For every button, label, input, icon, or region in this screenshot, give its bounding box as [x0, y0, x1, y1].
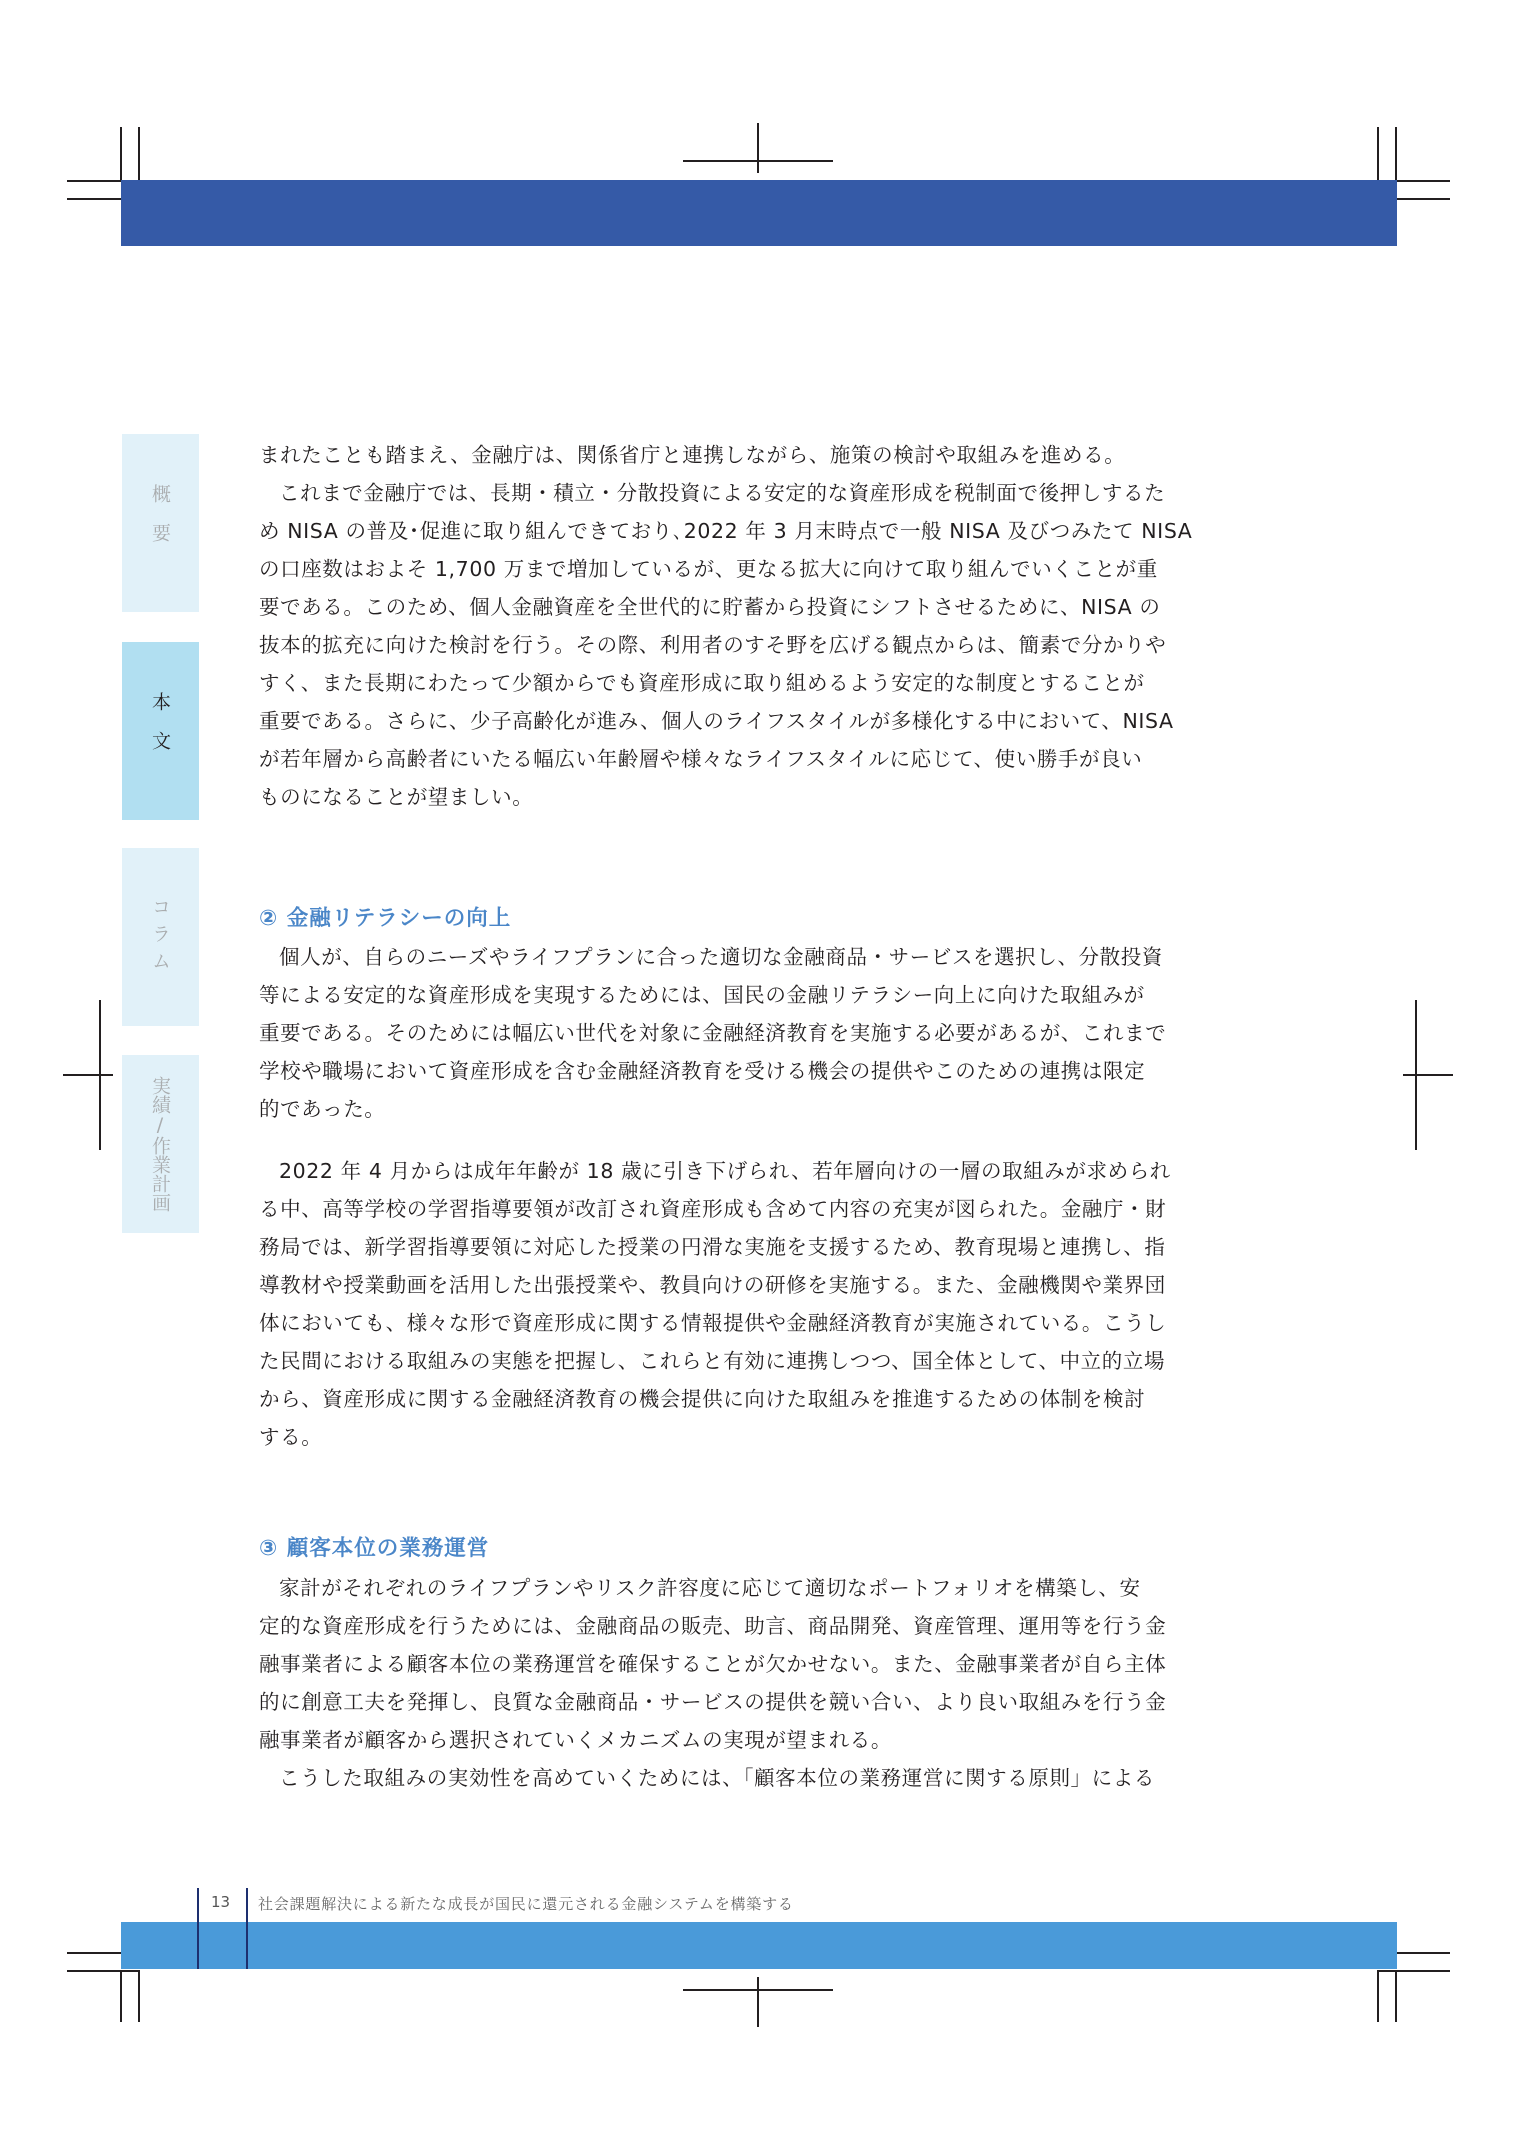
body-line: すく、また長期にわたって少額からでも資産形成に取り組めるよう安定的な制度とするこ… [259, 664, 1145, 702]
side-tab-label: 本文 [147, 692, 174, 770]
body-line: る中、高等学校の学習指導要領が改訂され資産形成も含めて内容の充実が図られた。金融… [259, 1190, 1166, 1228]
body-line: から、資産形成に関する金融経済教育の機会提供に向けた取組みを推進するための体制を… [259, 1380, 1145, 1418]
side-tab-label: 概要 [147, 484, 174, 562]
body-line: 導教材や授業動画を活用した出張授業や、教員向けの研修を実施する。また、金融機関や… [259, 1266, 1166, 1304]
body-line: 体においても、様々な形で資産形成に関する情報提供や金融経済教育が実施されている。… [259, 1304, 1166, 1342]
side-tab-label: 実績/作業計画 [147, 1076, 174, 1212]
footer-title: 社会課題解決による新たな成長が国民に還元される金融システムを構築する [258, 1893, 794, 1914]
body-line: 定的な資産形成を行うためには、金融商品の販売、助言、商品開発、資産管理、運用等を… [259, 1607, 1166, 1645]
body-line: 的であった。 [259, 1090, 385, 1128]
body-line: する。 [259, 1418, 322, 1456]
body-line: め NISA の普及･促進に取り組んできており､2022 年 3 月末時点で一般… [259, 512, 1192, 550]
footer-divider [197, 1888, 199, 1969]
body-line: 家計がそれぞれのライフプランやリスク許容度に応じて適切なポートフォリオを構築し、… [259, 1569, 1141, 1607]
body-line: 務局では、新学習指導要領に対応した授業の円滑な実施を支援するため、教育現場と連携… [259, 1228, 1165, 1266]
body-line: 的に創意工夫を発揮し、良質な金融商品・サービスの提供を競い合い、より良い取組みを… [259, 1683, 1166, 1721]
body-line: 個人が、自らのニーズやライフプランに合った適切な金融商品・サービスを選択し、分散… [259, 938, 1163, 976]
side-tab-results-plan[interactable]: 実績/作業計画 [122, 1055, 199, 1233]
body-line: ものになることが望ましい。 [259, 778, 533, 816]
side-tab-column[interactable]: コラム [122, 848, 199, 1026]
body-line: 重要である。そのためには幅広い世代を対象に金融経済教育を実施する必要があるが、こ… [259, 1014, 1166, 1052]
footer-divider [246, 1888, 248, 1969]
body-line: の口座数はおよそ 1,700 万まで増加しているが、更なる拡大に向けて取り組んで… [259, 550, 1158, 588]
footer-bar [121, 1922, 1397, 1969]
body-line: 融事業者による顧客本位の業務運営を確保することが欠かせない。また、金融事業者が自… [259, 1645, 1166, 1683]
side-tab-overview[interactable]: 概要 [122, 434, 199, 612]
body-line: 学校や職場において資産形成を含む金融経済教育を受ける機会の提供やこのための連携は… [259, 1052, 1145, 1090]
body-line: まれたことも踏まえ、金融庁は、関係省庁と連携しながら、施策の検討や取組みを進める… [259, 436, 1125, 474]
body-line: 等による安定的な資産形成を実現するためには、国民の金融リテラシー向上に向けた取組… [259, 976, 1145, 1014]
body-line: が若年層から高齢者にいたる幅広い年齢層や様々なライフスタイルに応じて、使い勝手が… [259, 740, 1142, 778]
section-heading: ③ 顧客本位の業務運営 [259, 1529, 489, 1569]
body-line: 重要である。さらに、少子高齢化が進み、個人のライフスタイルが多様化する中において… [259, 702, 1174, 740]
body-line: 融事業者が顧客から選択されていくメカニズムの実現が望まれる。 [259, 1721, 892, 1759]
body-line: 要である。このため、個人金融資産を全世代的に貯蓄から投資にシフトさせるために、N… [259, 588, 1161, 626]
section-heading: ② 金融リテラシーの向上 [259, 899, 511, 939]
body-line: た民間における取組みの実態を把握し、これらと有効に連携しつつ、国全体として、中立… [259, 1342, 1165, 1380]
page-number: 13 [211, 1893, 230, 1911]
body-line: こうした取組みの実効性を高めていくためには、「顧客本位の業務運営に関する原則」に… [259, 1759, 1155, 1797]
side-tab-label: コラム [147, 897, 174, 978]
body-line: 抜本的拡充に向けた検討を行う。その際、利用者のすそ野を広げる観点からは、簡素で分… [259, 626, 1166, 664]
side-tab-main-text[interactable]: 本文 [122, 642, 199, 820]
header-bar [121, 180, 1397, 246]
body-line: これまで金融庁では、長期・積立・分散投資による安定的な資産形成を税制面で後押しす… [259, 474, 1165, 512]
body-line: 2022 年 4 月からは成年年齢が 18 歳に引き下げられ、若年層向けの一層の… [259, 1152, 1171, 1190]
